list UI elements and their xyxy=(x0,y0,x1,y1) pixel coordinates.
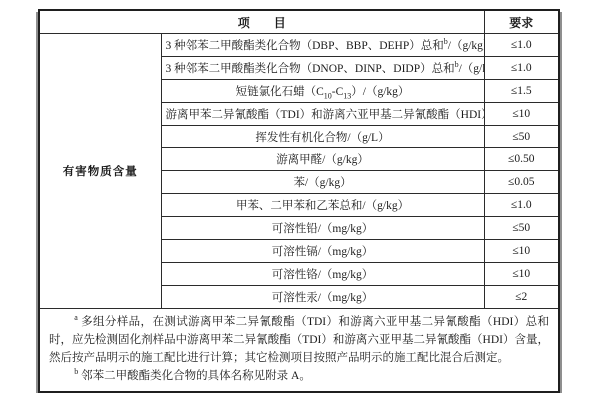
footnote-a: a 多组分样品，在测试游离甲苯二异氰酸酯（TDI）和游离六亚甲基二异氰酸酯（HD… xyxy=(49,313,549,368)
item-cell: 游离甲苯二异氰酸酯（TDI）和游离六亚甲基二异氰酸酯（HDI）总和 /（g/kg… xyxy=(161,102,484,125)
item-cell: 挥发性有机化合物/（g/L） xyxy=(161,125,484,148)
requirement-cell: ≤10 xyxy=(484,262,559,285)
requirement-cell: ≤50 xyxy=(484,217,559,240)
item-cell: 甲苯、二甲苯和乙苯总和/（g/kg） xyxy=(161,194,484,217)
footnotes-cell: a 多组分样品，在测试游离甲苯二异氰酸酯（TDI）和游离六亚甲基二异氰酸酯（HD… xyxy=(39,308,559,391)
requirement-cell: ≤1.5 xyxy=(484,79,559,102)
item-cell: 可溶性汞/（mg/kg） xyxy=(161,285,484,308)
footnote-a-text: 多组分样品，在测试游离甲苯二异氰酸酯（TDI）和游离六亚甲基二异氰酸酯（HDI）… xyxy=(49,316,549,364)
requirement-cell: ≤10 xyxy=(484,102,559,125)
item-cell: 游离甲醛/（g/kg） xyxy=(161,148,484,171)
item-cell: 3 种邻苯二甲酸酯类化合物（DBP、BBP、DEHP）总和b/（g/kg） xyxy=(161,34,484,57)
footnote-b-text: 邻苯二甲酸酯类化合物的具体名称见附录 A。 xyxy=(81,370,311,382)
footnote-b-marker: b xyxy=(74,367,78,376)
table-footer-row: a 多组分样品，在测试游离甲苯二异氰酸酯（TDI）和游离六亚甲基二异氰酸酯（HD… xyxy=(39,308,559,391)
row-group-label: 有害物质含量 xyxy=(39,34,161,309)
item-cell: 3 种邻苯二甲酸酯类化合物（DNOP、DINP、DIDP）总和b/（g/kg） xyxy=(161,56,484,79)
item-cell: 可溶性铬/（mg/kg） xyxy=(161,262,484,285)
footnote-b: b 邻苯二甲酸酯类化合物的具体名称见附录 A。 xyxy=(49,367,549,385)
item-cell: 可溶性铅/（mg/kg） xyxy=(161,217,484,240)
requirement-cell: ≤0.50 xyxy=(484,148,559,171)
requirements-table: 项 目 要求 有害物质含量 3 种邻苯二甲酸酯类化合物（DBP、BBP、DEHP… xyxy=(38,9,560,391)
table-header-row: 项 目 要求 xyxy=(39,10,559,34)
item-cell: 短链氯化石蜡（C10-C13）/（g/kg） xyxy=(161,79,484,102)
item-cell: 苯/（g/kg） xyxy=(161,171,484,194)
table-body: 有害物质含量 3 种邻苯二甲酸酯类化合物（DBP、BBP、DEHP）总和b/（g… xyxy=(39,34,559,309)
item-cell: 可溶性镉/（mg/kg） xyxy=(161,240,484,263)
column-header-requirement: 要求 xyxy=(484,10,559,34)
footnote-a-marker: a xyxy=(74,313,78,322)
requirement-cell: ≤0.05 xyxy=(484,171,559,194)
column-header-item: 项 目 xyxy=(39,10,484,34)
chemical-subscript: 10 xyxy=(324,91,332,100)
requirement-cell: ≤1.0 xyxy=(484,56,559,79)
footnote-ref-marker: b xyxy=(455,60,459,69)
table-row: 有害物质含量 3 种邻苯二甲酸酯类化合物（DBP、BBP、DEHP）总和b/（g… xyxy=(39,34,559,57)
requirement-cell: ≤1.0 xyxy=(484,34,559,57)
chemical-subscript: 13 xyxy=(343,91,351,100)
footnote-ref-marker: b xyxy=(444,37,448,46)
requirement-cell: ≤10 xyxy=(484,240,559,263)
requirement-cell: ≤1.0 xyxy=(484,194,559,217)
requirement-cell: ≤50 xyxy=(484,125,559,148)
requirement-cell: ≤2 xyxy=(484,285,559,308)
